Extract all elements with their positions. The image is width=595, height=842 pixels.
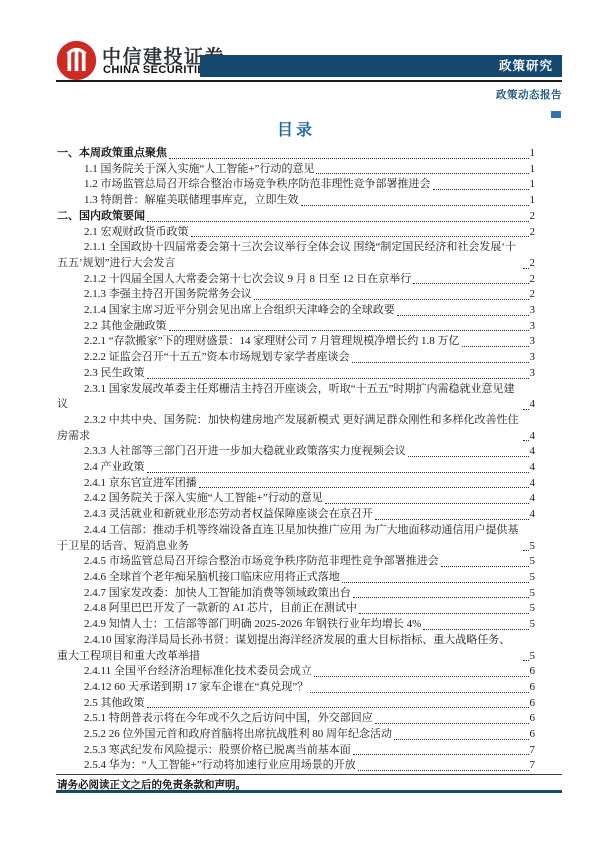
toc-dot-leader [147, 707, 529, 708]
toc-dot-leader [433, 189, 529, 190]
toc-dot-leader [325, 503, 529, 504]
toc-dot-leader [462, 346, 529, 347]
toc-page-number: 2 [530, 287, 536, 303]
toc-dot-leader [358, 770, 529, 771]
toc-entry-label: 2.1.4 国家主席习近平分别会见出席上合组织天津峰会的全球政要 [57, 303, 395, 319]
toc-entry: 2.3.1 国家发展改革委主任郑栅洁主持召开座谈会，听取“十五五”时期扩内需稳就… [57, 382, 535, 413]
toc-entry-label: 2.3 民生政策 [57, 366, 145, 382]
toc-entry: 2.3 民生政策3 [57, 366, 535, 382]
footer-divider-thin [56, 774, 562, 775]
toc-dot-leader [169, 158, 529, 159]
toc-entry: 2.4.11 全国平台经济治理标准化技术委员会成立6 [57, 664, 535, 680]
toc-page-number: 4 [530, 476, 536, 492]
toc-entry: 2.3.3 人社部等三部门召开进一步加大稳就业政策落实力度视频会议4 [57, 444, 535, 460]
toc-entry-label: 2.5.4 华为：“人工智能+”行动将加速行业应用场景的开放 [57, 758, 356, 774]
toc-entry: 2.4.2 国务院关于深入实施“人工智能+”行动的意见4 [57, 491, 535, 507]
report-type-label: 政策动态报告 [496, 87, 562, 102]
toc-page-number: 4 [530, 460, 536, 476]
footer-divider-thick [56, 790, 562, 793]
toc-entry-label: 2.3.2 中共中央、国务院：加快构建房地产发展新模式 更好满足群众刚性和多样化… [57, 413, 521, 444]
toc-entry-label: 2.1.1 全国政协十四届常委会第十三次会议举行全体会议 围绕“制定国民经济和社… [57, 240, 521, 271]
header-divider [56, 80, 562, 82]
toc-entry: 2.3.2 中共中央、国务院：加快构建房地产发展新模式 更好满足群众刚性和多样化… [57, 413, 535, 444]
toc-entry-label: 2.4.9 知情人士：工信部等部门明确 2025-2026 年钢铁行业年均增长 … [57, 617, 421, 633]
toc-page-number: 4 [530, 429, 536, 445]
toc-entry: 2.4.7 国家发改委：加快人工智能加消费等领域政策出台5 [57, 586, 535, 602]
toc-entry-label: 2.3.3 人社部等三部门召开进一步加大稳就业政策落实力度视频会议 [57, 444, 406, 460]
toc-dot-leader [353, 597, 529, 598]
toc-entry: 2.5 其他政策6 [57, 696, 535, 712]
toc-entry: 2.1.2 十四届全国人大常委会第十七次会议 9 月 8 日至 12 日在京举行… [57, 272, 535, 288]
toc-dot-leader [359, 613, 529, 614]
toc-entry: 2.4.8 阿里巴巴开发了一款新的 AI 芯片，目前正在测试中5 [57, 601, 535, 617]
toc-page-number: 3 [530, 319, 536, 335]
toc-dot-leader [394, 739, 529, 740]
toc-page-number: 1 [530, 162, 536, 178]
toc-entry: 2.1.3 李强主持召开国务院常务会议2 [57, 287, 535, 303]
toc-page-number: 5 [530, 586, 536, 602]
toc-dot-leader [352, 362, 529, 363]
toc-entry-label: 2.5 其他政策 [57, 696, 145, 712]
toc-list: 一、本周政策重点聚焦11.1 国务院关于深入实施“人工智能+”行动的意见11.2… [57, 146, 535, 774]
toc-entry: 1.1 国务院关于深入实施“人工智能+”行动的意见1 [57, 162, 535, 178]
toc-entry: 2.1.4 国家主席习近平分别会见出席上合组织天津峰会的全球政要3 [57, 303, 535, 319]
toc-dot-leader [147, 472, 529, 473]
toc-dot-leader [254, 299, 529, 300]
toc-page-number: 5 [530, 539, 536, 555]
toc-entry: 2.4.12 60 天承诺到期 17 家车企谁在“真兑现”？6 [57, 680, 535, 696]
toc-page-number: 6 [530, 664, 536, 680]
brand-name-english: CHINA SECURITIES [103, 64, 213, 76]
toc-entry-label: 2.4.7 国家发改委：加快人工智能加消费等领域政策出台 [57, 586, 351, 602]
toc-dot-leader [316, 173, 528, 174]
toc-entry-label: 2.5.3 寒武纪发布风险提示：股票价格已脱离当前基本面 [57, 743, 351, 759]
toc-entry-label: 2.4.12 60 天承诺到期 17 家车企谁在“真兑现”？ [57, 680, 308, 696]
toc-dot-leader [314, 676, 529, 677]
toc-dot-leader [523, 409, 529, 410]
toc-page-number: 2 [530, 272, 536, 288]
toc-entry: 1.3 特朗普：解雇美联储理事库克，立即生效1 [57, 193, 535, 209]
toc-entry-label: 2.4.6 全球首个老年痴呆脑机接口临床应用将正式落地 [57, 570, 340, 586]
toc-dot-leader [523, 550, 529, 551]
toc-page-number: 3 [530, 334, 536, 350]
toc-entry-label: 2.4.8 阿里巴巴开发了一款新的 AI 芯片，目前正在测试中 [57, 601, 357, 617]
toc-dot-leader [353, 754, 529, 755]
toc-entry-label: 1.2 市场监管总局召开综合整治市场竞争秩序防范非理性竞争部署推进会 [57, 177, 431, 193]
toc-entry: 一、本周政策重点聚焦1 [57, 146, 535, 162]
toc-entry: 2.1 宏观财政货币政策2 [57, 225, 535, 241]
toc-entry-label: 2.4.4 工信部：推动手机等终端设备直连卫星加快推广应用 为广大地面移动通信用… [57, 523, 521, 554]
toc-entry: 2.4.9 知情人士：工信部等部门明确 2025-2026 年钢铁行业年均增长 … [57, 617, 535, 633]
toc-page-number: 4 [530, 507, 536, 523]
toc-entry: 2.4.5 市场监管总局召开综合整治市场竞争秩序防范非理性竞争部署推进会5 [57, 554, 535, 570]
toc-entry-label: 1.1 国务院关于深入实施“人工智能+”行动的意见 [57, 162, 314, 178]
toc-entry: 2.4.10 国家海洋局局长孙书贤：谋划提出海洋经济发展的重大目标指标、重大战略… [57, 633, 535, 664]
toc-entry-label: 2.2 其他金融政策 [57, 319, 167, 335]
toc-page-number: 1 [530, 193, 536, 209]
toc-dot-leader [301, 205, 529, 206]
toc-page-number: 7 [530, 758, 536, 774]
toc-entry: 2.4.3 灵活就业和新就业形态劳动者权益保障座谈会在京召开4 [57, 507, 535, 523]
company-logo-icon [56, 40, 97, 81]
toc-page-number: 5 [530, 570, 536, 586]
toc-title: 目录 [57, 117, 535, 140]
toc-dot-leader [169, 330, 529, 331]
toc-entry: 2.4.6 全球首个老年痴呆脑机接口临床应用将正式落地5 [57, 570, 535, 586]
toc-dot-leader [375, 723, 529, 724]
toc-page-number: 6 [530, 696, 536, 712]
toc-page-number: 6 [530, 680, 536, 696]
toc-dot-leader [523, 440, 529, 441]
toc-page-number: 7 [530, 743, 536, 759]
toc-dot-leader [147, 378, 529, 379]
toc-entry: 2.2.1 “存款搬家”下的理财盛景：14 家理财公司 7 月管理规模净增长约 … [57, 334, 535, 350]
toc-page-number: 2 [530, 225, 536, 241]
toc-page-number: 4 [530, 491, 536, 507]
toc-dot-leader [523, 268, 529, 269]
toc-page-number: 3 [530, 366, 536, 382]
toc-entry-label: 2.3.1 国家发展改革委主任郑栅洁主持召开座谈会，听取“十五五”时期扩内需稳就… [57, 382, 521, 413]
toc-dot-leader [342, 582, 529, 583]
toc-entry: 2.2 其他金融政策3 [57, 319, 535, 335]
toc-entry: 2.5.1 特朗普表示将在今年或不久之后访问中国，外交部回应6 [57, 711, 535, 727]
toc-entry: 二、国内政策要闻2 [57, 209, 535, 225]
toc-entry-label: 2.5.1 特朗普表示将在今年或不久之后访问中国，外交部回应 [57, 711, 373, 727]
toc-dot-leader [408, 456, 529, 457]
toc-entry-label: 2.4.5 市场监管总局召开综合整治市场竞争秩序防范非理性竞争部署推进会 [57, 554, 439, 570]
toc-page-number: 6 [530, 711, 536, 727]
toc-dot-leader [191, 236, 529, 237]
toc-page-number: 2 [530, 256, 536, 272]
toc-entry-label: 一、本周政策重点聚焦 [57, 146, 167, 162]
toc-entry: 2.4.4 工信部：推动手机等终端设备直连卫星加快推广应用 为广大地面移动通信用… [57, 523, 535, 554]
toc-entry-label: 1.3 特朗普：解雇美联储理事库克，立即生效 [57, 193, 299, 209]
toc-page-number: 1 [530, 146, 536, 162]
blue-corner-mark [551, 111, 561, 118]
toc-page-number: 4 [530, 397, 536, 413]
toc-entry: 2.2.2 证监会召开“十五五”资本市场规划专家学者座谈会3 [57, 350, 535, 366]
toc-entry-label: 2.2.1 “存款搬家”下的理财盛景：14 家理财公司 7 月管理规模净增长约 … [57, 334, 460, 350]
toc-page-number: 5 [530, 601, 536, 617]
toc-dot-leader [375, 519, 529, 520]
toc-dot-leader [413, 283, 528, 284]
toc-entry: 1.2 市场监管总局召开综合整治市场竞争秩序防范非理性竞争部署推进会1 [57, 177, 535, 193]
toc-page-number: 5 [530, 617, 536, 633]
toc-entry-label: 2.5.2 26 位外国元首和政府首脑将出席抗战胜利 80 周年纪念活动 [57, 727, 392, 743]
toc-page-number: 5 [530, 554, 536, 570]
toc-page-number: 3 [530, 350, 536, 366]
toc-entry-label: 2.4.11 全国平台经济治理标准化技术委员会成立 [57, 664, 312, 680]
toc-dot-leader [310, 692, 528, 693]
toc-entry-label: 2.4.1 京东官宣进军团播 [57, 476, 197, 492]
toc-dot-leader [441, 566, 529, 567]
category-banner: 政策研究 [200, 55, 562, 77]
toc-dot-leader [199, 487, 529, 488]
toc-entry: 2.5.4 华为：“人工智能+”行动将加速行业应用场景的开放7 [57, 758, 535, 774]
toc-entry-label: 2.4 产业政策 [57, 460, 145, 476]
toc-dot-leader [397, 315, 529, 316]
toc-page-number: 3 [530, 303, 536, 319]
toc-entry-label: 2.1 宏观财政货币政策 [57, 225, 189, 241]
toc-entry-label: 二、国内政策要闻 [57, 209, 145, 225]
toc-entry-label: 2.2.2 证监会召开“十五五”资本市场规划专家学者座谈会 [57, 350, 350, 366]
toc-page-number: 1 [530, 177, 536, 193]
toc-entry-label: 2.4.2 国务院关于深入实施“人工智能+”行动的意见 [57, 491, 323, 507]
toc-entry-label: 2.4.3 灵活就业和新就业形态劳动者权益保障座谈会在京召开 [57, 507, 373, 523]
toc-entry: 2.5.3 寒武纪发布风险提示：股票价格已脱离当前基本面7 [57, 743, 535, 759]
toc-entry: 2.5.2 26 位外国元首和政府首脑将出席抗战胜利 80 周年纪念活动6 [57, 727, 535, 743]
toc-dot-leader [523, 660, 529, 661]
toc-entry-label: 2.1.3 李强主持召开国务院常务会议 [57, 287, 252, 303]
toc-dot-leader [423, 629, 528, 630]
toc-entry: 2.1.1 全国政协十四届常委会第十三次会议举行全体会议 围绕“制定国民经济和社… [57, 240, 535, 271]
toc-page-number: 4 [530, 444, 536, 460]
toc-entry-label: 2.1.2 十四届全国人大常委会第十七次会议 9 月 8 日至 12 日在京举行 [57, 272, 411, 288]
toc-page-number: 5 [530, 649, 536, 665]
toc-page-number: 2 [530, 209, 536, 225]
toc-entry-label: 2.4.10 国家海洋局局长孙书贤：谋划提出海洋经济发展的重大目标指标、重大战略… [57, 633, 521, 664]
toc-page-number: 6 [530, 727, 536, 743]
toc-entry: 2.4 产业政策4 [57, 460, 535, 476]
toc-dot-leader [147, 221, 529, 222]
toc-entry: 2.4.1 京东官宣进军团播4 [57, 476, 535, 492]
